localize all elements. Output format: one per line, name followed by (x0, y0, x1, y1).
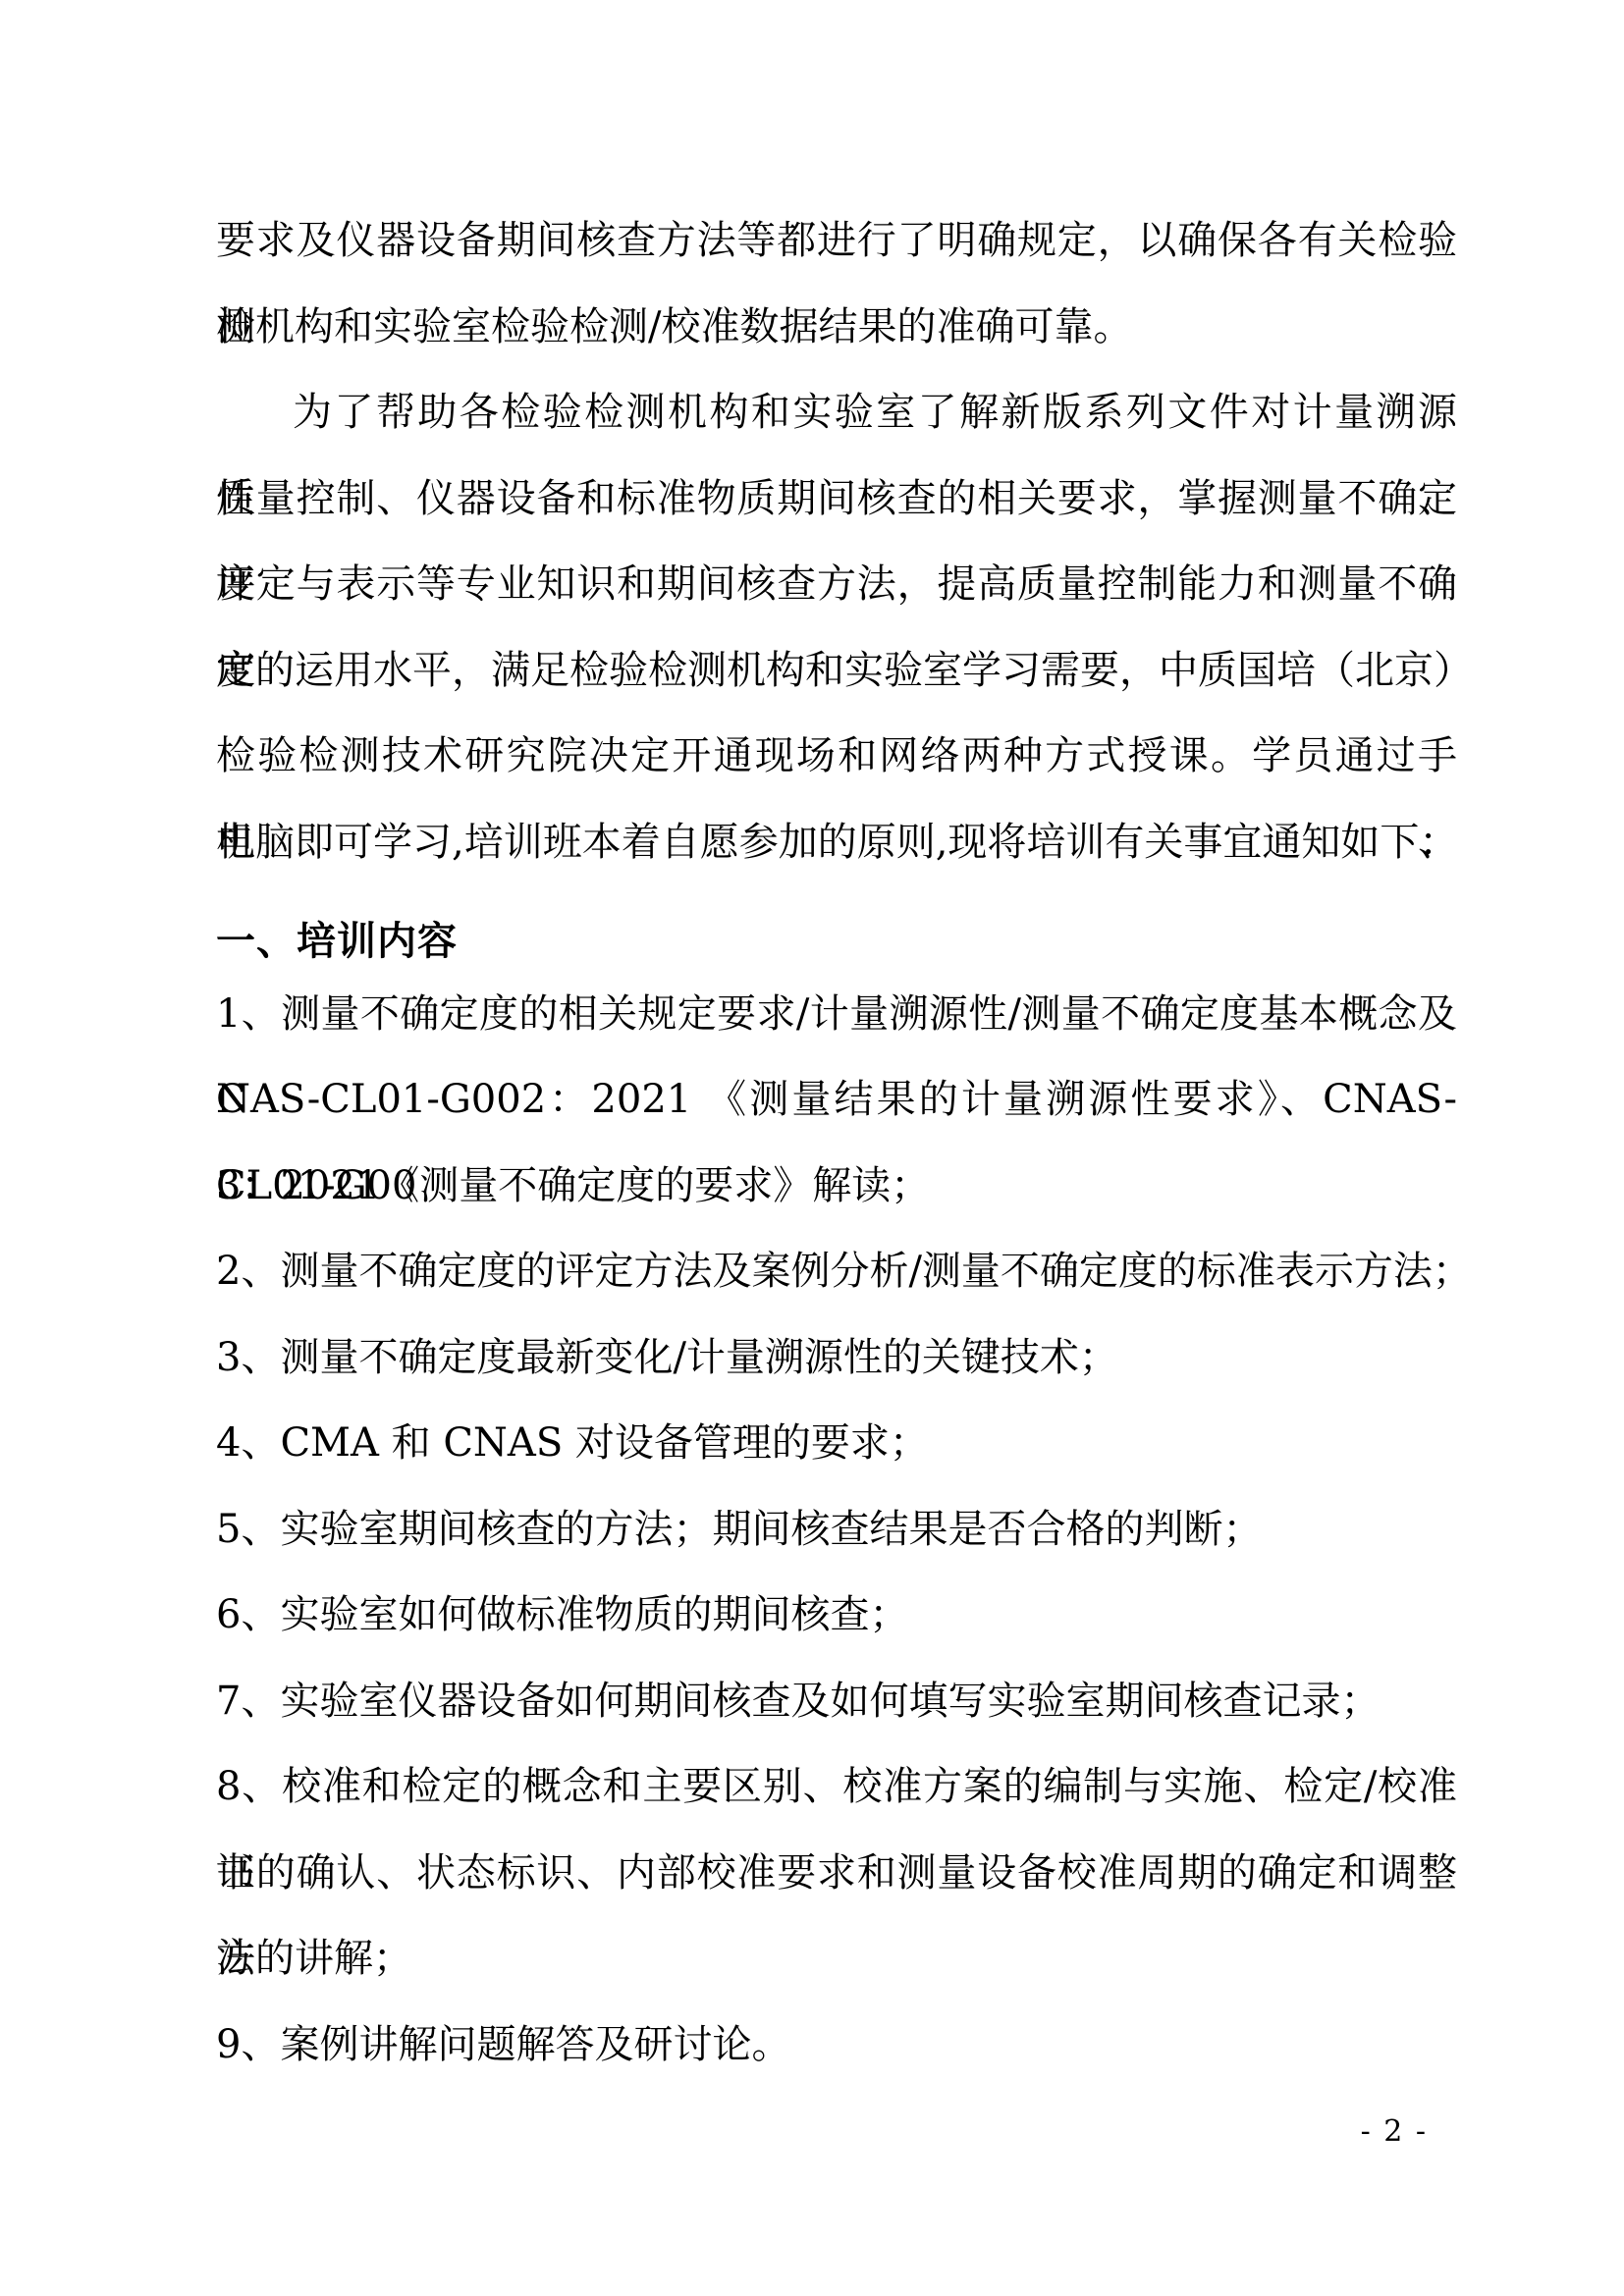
paragraph-line: 质量控制、仪器设备和标准物质期间核查的相关要求，掌握测量不确定度 (216, 456, 1457, 543)
list-item-1-line: NAS-CL01-G002：2021 《测量结果的计量溯源性要求》、CNAS-C… (216, 1057, 1457, 1144)
paragraph-line: 检验检测技术研究院决定开通现场和网络两种方式授课。学员通过手机、 (216, 714, 1457, 800)
list-item-9: 9、案例讲解问题解答及研讨论。 (216, 2002, 1457, 2089)
document-body: 要求及仪器设备期间核查方法等都进行了明确规定，以确保各有关检验检 测机构和实验室… (216, 198, 1457, 2088)
paragraph-line: 电脑即可学习,培训班本着自愿参加的原则,现将培训有关事宜通知如下： (216, 800, 1457, 886)
section-heading-training-content: 一、培训内容 (216, 899, 1457, 986)
page-number: - 2 - (1361, 2112, 1428, 2152)
list-item-3: 3、测量不确定度最新变化/计量溯源性的关键技术； (216, 1315, 1457, 1402)
paragraph-line: 评定与表示等专业知识和期间核查方法，提高质量控制能力和测量不确定 (216, 542, 1457, 628)
list-item-8-line: 8、校准和检定的概念和主要区别、校准方案的编制与实施、检定/校准证 (216, 1744, 1457, 1831)
paragraph-line: 度的运用水平，满足检验检测机构和实验室学习需要，中质国培（北京） (216, 628, 1457, 715)
list-item-6: 6、实验室如何做标准物质的期间核查； (216, 1573, 1457, 1659)
list-item-8-line: 法的讲解； (216, 1916, 1457, 2002)
list-item-1-line: 3：2021《测量不确定度的要求》解读； (216, 1144, 1457, 1230)
document-page: 要求及仪器设备期间核查方法等都进行了明确规定，以确保各有关检验检 测机构和实验室… (0, 0, 1624, 2296)
list-item-8-line: 书的确认、状态标识、内部校准要求和测量设备校准周期的确定和调整方 (216, 1831, 1457, 1917)
paragraph-line: 测机构和实验室检验检测/校准数据结果的准确可靠。 (216, 285, 1457, 371)
paragraph-line: 为了帮助各检验检测机构和实验室了解新版系列文件对计量溯源性、 (216, 370, 1457, 456)
list-item-4: 4、CMA 和 CNAS 对设备管理的要求； (216, 1401, 1457, 1487)
list-item-5: 5、实验室期间核查的方法；期间核查结果是否合格的判断； (216, 1487, 1457, 1574)
list-item-2: 2、测量不确定度的评定方法及案例分析/测量不确定度的标准表示方法； (216, 1229, 1457, 1315)
list-item-7: 7、实验室仪器设备如何期间核查及如何填写实验室期间核查记录； (216, 1659, 1457, 1745)
paragraph-line: 要求及仪器设备期间核查方法等都进行了明确规定，以确保各有关检验检 (216, 198, 1457, 285)
